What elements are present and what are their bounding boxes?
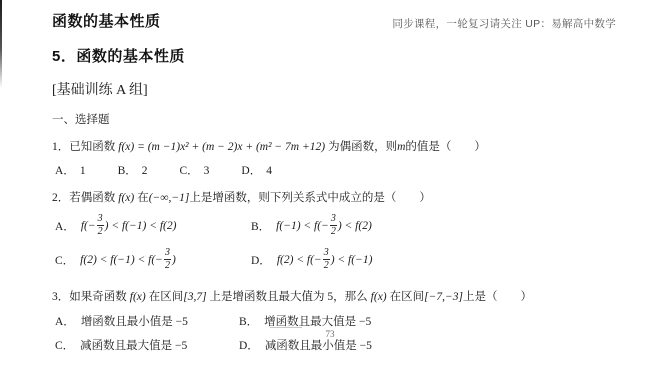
option-2a-post: ) < f(−1) < f(2) [105, 220, 177, 232]
part-title: 一、选择题 [52, 111, 616, 127]
question-1-text-1: 已知函数 [69, 141, 115, 153]
option-2d-pre: f(2) < f(− [277, 254, 322, 266]
fraction-numerator: 3 [330, 213, 337, 225]
option-2a: A．f(−32) < f(−1) < f(2) [55, 209, 251, 243]
footer-separator-mark [270, 327, 302, 328]
option-3a-text: 增函数且最小值是 −5 [81, 316, 188, 328]
fraction-denominator: 2 [164, 259, 171, 272]
left-edge-shadow [0, 0, 2, 88]
option-2b-label: B． [251, 218, 270, 234]
question-3-text-3: 上是增函数且最大值为 5，那么 [210, 291, 368, 303]
question-2-function: f(x) [118, 192, 134, 204]
question-3-text-2: 在区间 [149, 291, 184, 303]
question-3-function-2: f(x) [371, 291, 387, 303]
option-3b-label: B． [239, 316, 258, 328]
option-1c-text: 3 [204, 165, 210, 177]
option-1b: B．2 [118, 162, 148, 178]
option-2b-pre: f(−1) < f(− [276, 220, 329, 232]
option-1c: C．3 [179, 162, 209, 178]
question-2-text-1: 若偶函数 [69, 192, 115, 204]
fraction-denominator: 2 [323, 259, 330, 272]
option-2a-label: A． [55, 218, 75, 234]
option-3a: A．增函数且最小值是 −5 [55, 313, 239, 329]
option-2b: B．f(−1) < f(−32) < f(2) [251, 209, 616, 243]
option-2c: C．f(2) < f(−1) < f(−32) [55, 243, 251, 277]
question-2-interval: (−∞,−1] [149, 192, 190, 204]
question-3-interval-1: [3,7] [183, 291, 206, 303]
option-3c: C．减函数且最大值是 −5 [55, 337, 239, 353]
option-1a-text: 1 [80, 165, 86, 177]
option-2d-post: ) < f(−1) [331, 254, 373, 266]
option-2d-label: D． [251, 252, 271, 268]
option-1c-label: C． [179, 165, 198, 177]
document-page: 函数的基本性质 同步课程，一轮复习请关注 UP：易解高中数学 5．函数的基本性质… [0, 0, 660, 353]
fraction-denominator: 2 [97, 225, 104, 238]
question-2-options: A．f(−32) < f(−1) < f(2) B．f(−1) < f(−32)… [52, 209, 616, 277]
question-3-text-4: 在区间 [390, 291, 425, 303]
fraction-numerator: 3 [97, 213, 104, 225]
option-1d: D．4 [241, 162, 272, 178]
option-2b-post: ) < f(2) [338, 220, 372, 232]
question-1-text-3: 的值是（ ） [405, 141, 486, 153]
option-2c-label: C． [55, 252, 74, 268]
option-3d-label: D． [239, 340, 259, 352]
question-1-number: 1． [52, 141, 69, 153]
question-3-number: 3． [52, 291, 69, 303]
question-3-interval-2: [−7,−3] [424, 291, 463, 303]
fraction-3-2: 32 [330, 213, 337, 237]
page-header: 函数的基本性质 同步课程，一轮复习请关注 UP：易解高中数学 [52, 10, 616, 31]
question-2-number: 2． [52, 192, 69, 204]
group-title: [基础训练 A 组] [52, 79, 616, 99]
question-2-text-2: 在 [137, 192, 149, 204]
option-2c-post: ) [172, 254, 176, 266]
option-1a: A．1 [55, 162, 86, 178]
option-1b-label: B． [118, 165, 137, 177]
question-1-text-2: 为偶函数，则 [328, 141, 397, 153]
question-3: 3．如果奇函数f(x)在区间[3,7]上是增函数且最大值为 5，那么f(x)在区… [52, 288, 616, 304]
section-title: 5．函数的基本性质 [52, 45, 616, 66]
question-1-options: A．1 B．2 C．3 D．4 [52, 162, 616, 178]
fraction-numerator: 3 [323, 247, 330, 259]
option-1a-label: A． [55, 165, 75, 177]
fraction-denominator: 2 [330, 225, 337, 238]
option-3c-label: C． [55, 340, 74, 352]
fraction-3-2: 32 [97, 213, 104, 237]
question-2-text-3: 上是增函数，则下列关系式中成立的是（ ） [189, 192, 431, 204]
option-3c-text: 减函数且最大值是 −5 [80, 340, 187, 352]
option-1d-label: D． [241, 165, 261, 177]
question-3-text-1: 如果奇函数 [69, 291, 127, 303]
fraction-3-2: 32 [323, 247, 330, 271]
option-3a-label: A． [55, 316, 75, 328]
option-2d: D．f(2) < f(−32) < f(−1) [251, 243, 616, 277]
question-3-function-1: f(x) [130, 291, 146, 303]
option-1d-text: 4 [266, 165, 272, 177]
header-note: 同步课程，一轮复习请关注 UP：易解高中数学 [392, 16, 616, 31]
doc-title: 函数的基本性质 [52, 10, 161, 31]
fraction-3-2: 32 [164, 247, 171, 271]
question-1: 1．已知函数f(x) = (m −1)x² + (m − 2)x + (m² −… [52, 138, 616, 154]
option-3d-text: 减函数且最小值是 −5 [265, 340, 372, 352]
option-2a-pre: f(− [81, 220, 96, 232]
option-1b-text: 2 [142, 165, 148, 177]
question-2: 2．若偶函数f(x)在(−∞,−1]上是增函数，则下列关系式中成立的是（ ） [52, 189, 616, 205]
page-number: 73 [0, 329, 660, 339]
fraction-numerator: 3 [164, 247, 171, 259]
option-3d: D．减函数且最小值是 −5 [239, 337, 616, 353]
option-2c-pre: f(2) < f(−1) < f(− [80, 254, 163, 266]
question-1-formula: f(x) = (m −1)x² + (m − 2)x + (m² − 7m +1… [118, 141, 325, 153]
question-3-text-5: 上是（ ） [463, 291, 532, 303]
